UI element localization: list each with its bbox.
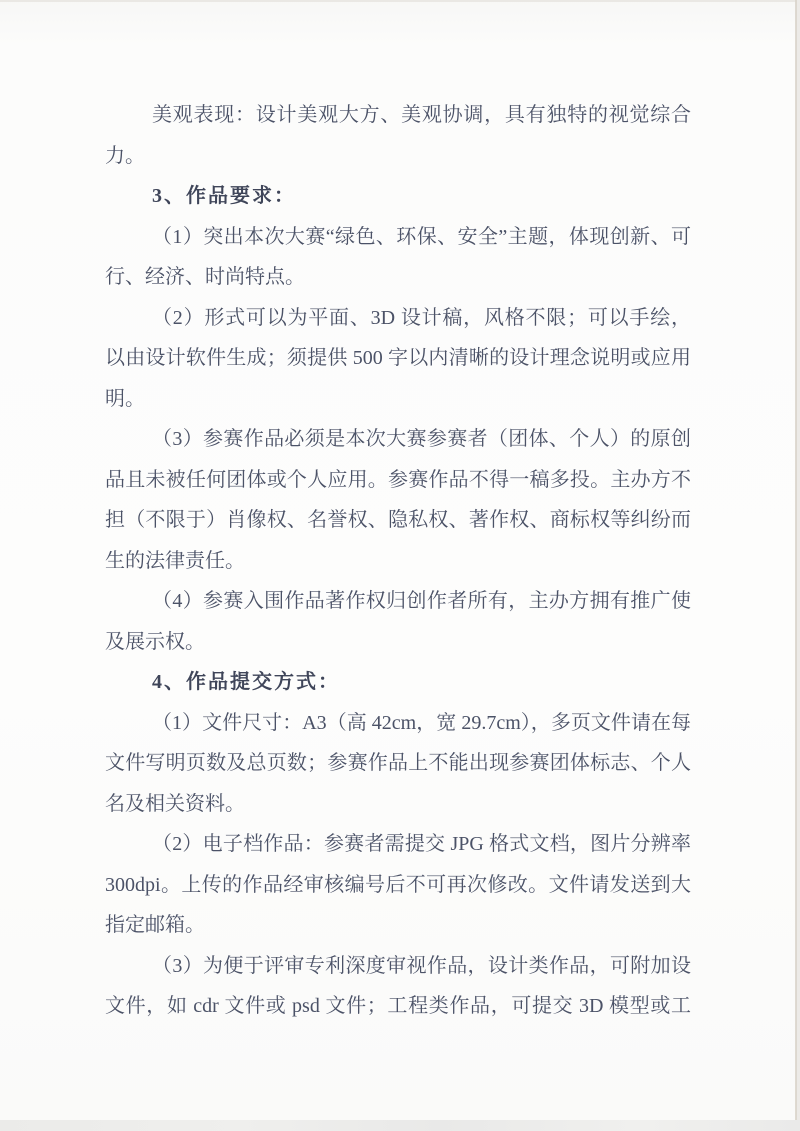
document-line: 行、经济、时尚特点。 (105, 257, 691, 298)
document-line: 担（不限于）肖像权、名誉权、隐私权、著作权、商标权等纠纷而产 (105, 500, 691, 541)
scan-top-edge (0, 0, 800, 2)
document-line: 300dpi。上传的作品经审核编号后不可再次修改。文件请发送到大赛 (105, 865, 691, 906)
document-line: 名及相关资料。 (105, 784, 691, 825)
document-line: 美观表现：设计美观大方、美观协调，具有独特的视觉综合表现 (105, 95, 691, 136)
document-line: （1）突出本次大赛“绿色、环保、安全”主题，体现创新、可 (105, 217, 691, 258)
document-line: （3）为便于评审专利深度审视作品，设计类作品，可附加设计源 (105, 946, 691, 987)
document-line: （4）参赛入围作品著作权归创作者所有，主办方拥有推广使用 (105, 581, 691, 622)
page-right-edge-line (795, 0, 797, 1131)
document-line: （2）电子档作品：参赛者需提交 JPG 格式文档，图片分辨率为 (105, 824, 691, 865)
document-line: （2）形式可以为平面、3D 设计稿，风格不限；可以手绘，也可 (105, 298, 691, 339)
document-line: 文件，如 cdr 文件或 psd 文件；工程类作品，可提交 3D 模型或工程 (105, 986, 691, 1027)
document-line: 及展示权。 (105, 622, 691, 663)
document-line: 以由设计软件生成；须提供 500 字以内清晰的设计理念说明或应用说 (105, 338, 691, 379)
document-line: 力。 (105, 136, 691, 177)
document-line: 品且未被任何团体或个人应用。参赛作品不得一稿多投。主办方不承 (105, 460, 691, 501)
document-line: （3）参赛作品必须是本次大赛参赛者（团体、个人）的原创作 (105, 419, 691, 460)
scan-bottom-edge (0, 1120, 800, 1131)
document-line: 指定邮箱。 (105, 905, 691, 946)
section-heading: 3、作品要求： (105, 176, 691, 217)
document-line: 生的法律责任。 (105, 541, 691, 582)
document-line: （1）文件尺寸：A3（高 42cm，宽 29.7cm），多页文件请在每页 (105, 703, 691, 744)
document-line: 文件写明页数及总页数；参赛作品上不能出现参赛团体标志、个人姓 (105, 743, 691, 784)
document-line: 明。 (105, 379, 691, 420)
document-body: 美观表现：设计美观大方、美观协调，具有独特的视觉综合表现力。3、作品要求：（1）… (105, 95, 691, 1027)
section-heading: 4、作品提交方式： (105, 662, 691, 703)
